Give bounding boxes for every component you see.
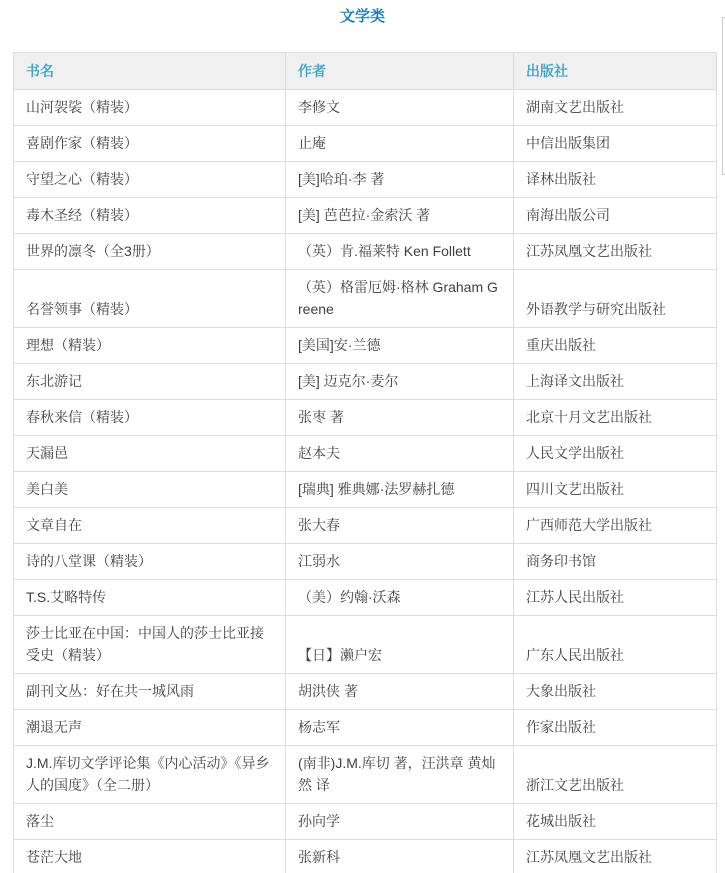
author-cell: [美]哈珀·李 著	[286, 162, 514, 198]
table-row: 天漏邑 赵本夫 人民文学出版社	[14, 436, 717, 472]
author-cell: 赵本夫	[286, 436, 514, 472]
column-header-author: 作者	[286, 53, 514, 90]
column-header-publisher: 出版社	[514, 53, 717, 90]
book-title-cell: 苍茫大地	[14, 840, 286, 873]
author-cell: （美）约翰·沃森	[286, 580, 514, 616]
book-title-cell: 东北游记	[14, 364, 286, 400]
book-title-cell: T.S.艾略特传	[14, 580, 286, 616]
table-row: 美白美 [瑞典] 雅典娜·法罗赫扎德 四川文艺出版社	[14, 472, 717, 508]
book-title-cell: 天漏邑	[14, 436, 286, 472]
author-cell: 杨志军	[286, 710, 514, 746]
publisher-cell: 北京十月文艺出版社	[514, 400, 717, 436]
book-title-cell: 落尘	[14, 804, 286, 840]
publisher-cell: 花城出版社	[514, 804, 717, 840]
book-table: 书名 作者 出版社 山河袈裟（精装） 李修文 湖南文艺出版社 喜剧作家（精装） …	[13, 52, 717, 873]
table-row: 副刊文丛：好在共一城风雨 胡洪侠 著 大象出版社	[14, 674, 717, 710]
publisher-cell: 湖南文艺出版社	[514, 90, 717, 126]
table-row: 诗的八堂课（精装） 江弱水 商务印书馆	[14, 544, 717, 580]
table-row: 喜剧作家（精装） 止庵 中信出版集团	[14, 126, 717, 162]
publisher-cell: 大象出版社	[514, 674, 717, 710]
book-title-cell: 美白美	[14, 472, 286, 508]
publisher-cell: 江苏凤凰文艺出版社	[514, 840, 717, 873]
author-cell: 【日】濑户宏	[286, 616, 514, 674]
page: 文学类 书名 作者 出版社 山河袈裟（精装） 李修文 湖南文艺出版社 喜剧作家（…	[0, 0, 725, 873]
book-title-cell: 文章自在	[14, 508, 286, 544]
publisher-cell: 重庆出版社	[514, 328, 717, 364]
table-row: J.M.库切文学评论集《内心活动》《异乡人的国度》（全二册） (南非)J.M.库…	[14, 746, 717, 804]
column-header-book-title: 书名	[14, 53, 286, 90]
book-title-cell: 山河袈裟（精装）	[14, 90, 286, 126]
author-cell: 孙向学	[286, 804, 514, 840]
table-row: 潮退无声 杨志军 作家出版社	[14, 710, 717, 746]
book-title-cell: 春秋来信（精装）	[14, 400, 286, 436]
publisher-cell: 江苏凤凰文艺出版社	[514, 234, 717, 270]
book-title-cell: 守望之心（精装）	[14, 162, 286, 198]
book-title-cell: 毒木圣经（精装）	[14, 198, 286, 234]
publisher-cell: 上海译文出版社	[514, 364, 717, 400]
author-cell: 张大春	[286, 508, 514, 544]
table-row: 名誉领事（精装） （英）格雷厄姆·格林 Graham Greene 外语教学与研…	[14, 270, 717, 328]
table-row: 莎士比亚在中国：中国人的莎士比亚接受史（精装） 【日】濑户宏 广东人民出版社	[14, 616, 717, 674]
author-cell: [美] 迈克尔·麦尔	[286, 364, 514, 400]
book-title-cell: 潮退无声	[14, 710, 286, 746]
author-cell: (南非)J.M.库切 著，汪洪章 黄灿然 译	[286, 746, 514, 804]
author-cell: 止庵	[286, 126, 514, 162]
book-title-cell: 莎士比亚在中国：中国人的莎士比亚接受史（精装）	[14, 616, 286, 674]
table-header-row: 书名 作者 出版社	[14, 53, 717, 90]
table-row: 春秋来信（精装） 张枣 著 北京十月文艺出版社	[14, 400, 717, 436]
table-row: T.S.艾略特传 （美）约翰·沃森 江苏人民出版社	[14, 580, 717, 616]
book-title-cell: J.M.库切文学评论集《内心活动》《异乡人的国度》（全二册）	[14, 746, 286, 804]
table-row: 落尘 孙向学 花城出版社	[14, 804, 717, 840]
table-body: 山河袈裟（精装） 李修文 湖南文艺出版社 喜剧作家（精装） 止庵 中信出版集团 …	[14, 90, 717, 873]
publisher-cell: 广东人民出版社	[514, 616, 717, 674]
table-row: 守望之心（精装） [美]哈珀·李 著 译林出版社	[14, 162, 717, 198]
publisher-cell: 浙江文艺出版社	[514, 746, 717, 804]
table-row: 毒木圣经（精装） [美] 芭芭拉·金索沃 著 南海出版公司	[14, 198, 717, 234]
publisher-cell: 人民文学出版社	[514, 436, 717, 472]
author-cell: 胡洪侠 著	[286, 674, 514, 710]
book-title-cell: 诗的八堂课（精装）	[14, 544, 286, 580]
publisher-cell: 商务印书馆	[514, 544, 717, 580]
book-title-cell: 理想（精装）	[14, 328, 286, 364]
author-cell: [瑞典] 雅典娜·法罗赫扎德	[286, 472, 514, 508]
publisher-cell: 译林出版社	[514, 162, 717, 198]
book-title-cell: 世界的凛冬（全3册）	[14, 234, 286, 270]
book-title-cell: 副刊文丛：好在共一城风雨	[14, 674, 286, 710]
author-cell: （英）肯.福莱特 Ken Follett	[286, 234, 514, 270]
book-title-cell: 名誉领事（精装）	[14, 270, 286, 328]
author-cell: 江弱水	[286, 544, 514, 580]
author-cell: 李修文	[286, 90, 514, 126]
table-row: 世界的凛冬（全3册） （英）肯.福莱特 Ken Follett 江苏凤凰文艺出版…	[14, 234, 717, 270]
author-cell: [美] 芭芭拉·金索沃 著	[286, 198, 514, 234]
author-cell: 张新科	[286, 840, 514, 873]
table-row: 苍茫大地 张新科 江苏凤凰文艺出版社	[14, 840, 717, 873]
table-row: 山河袈裟（精装） 李修文 湖南文艺出版社	[14, 90, 717, 126]
publisher-cell: 中信出版集团	[514, 126, 717, 162]
table-row: 东北游记 [美] 迈克尔·麦尔 上海译文出版社	[14, 364, 717, 400]
publisher-cell: 外语教学与研究出版社	[514, 270, 717, 328]
publisher-cell: 作家出版社	[514, 710, 717, 746]
author-cell: [美国]安·兰德	[286, 328, 514, 364]
publisher-cell: 四川文艺出版社	[514, 472, 717, 508]
publisher-cell: 广西师范大学出版社	[514, 508, 717, 544]
table-row: 理想（精装） [美国]安·兰德 重庆出版社	[14, 328, 717, 364]
book-title-cell: 喜剧作家（精装）	[14, 126, 286, 162]
author-cell: 张枣 著	[286, 400, 514, 436]
table-row: 文章自在 张大春 广西师范大学出版社	[14, 508, 717, 544]
publisher-cell: 江苏人民出版社	[514, 580, 717, 616]
publisher-cell: 南海出版公司	[514, 198, 717, 234]
page-title: 文学类	[0, 0, 725, 26]
author-cell: （英）格雷厄姆·格林 Graham Greene	[286, 270, 514, 328]
